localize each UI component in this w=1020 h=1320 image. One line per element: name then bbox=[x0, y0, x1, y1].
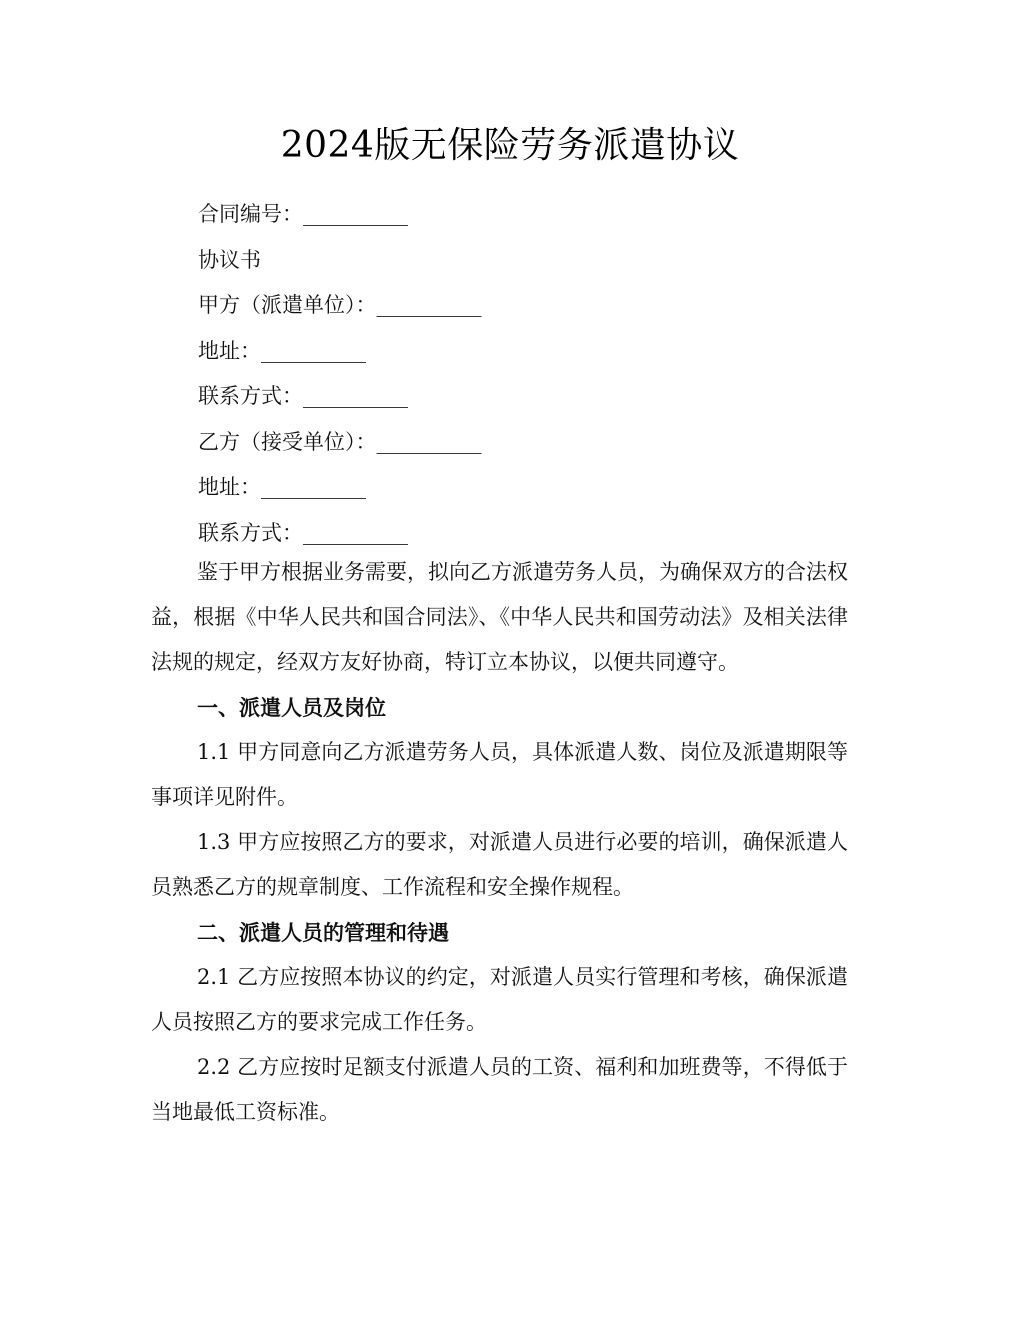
field-party-b-address: 地址：__________ bbox=[198, 465, 482, 511]
field-label: 协议书 bbox=[198, 248, 261, 272]
field-label: 乙方（接受单位）： bbox=[198, 430, 377, 454]
field-label: 地址： bbox=[198, 475, 261, 499]
document-title: 2024版无保险劳务派遣协议 bbox=[0, 124, 1020, 168]
clause-2-1: 2.1 乙方应按照本协议的约定，对派遣人员实行管理和考核，确保派遣人员按照乙方的… bbox=[151, 955, 848, 1045]
preamble-paragraph: 鉴于甲方根据业务需要，拟向乙方派遣劳务人员，为确保双方的合法权益，根据《中华人民… bbox=[151, 550, 848, 685]
field-blank: __________ bbox=[261, 475, 366, 499]
field-label: 联系方式： bbox=[198, 384, 303, 408]
field-blank: __________ bbox=[377, 430, 482, 454]
field-agreement: 协议书 bbox=[198, 238, 482, 284]
field-blank: __________ bbox=[303, 521, 408, 545]
field-party-a: 甲方（派遣单位）：__________ bbox=[198, 283, 482, 329]
field-label: 合同编号： bbox=[198, 202, 303, 226]
field-label: 地址： bbox=[198, 339, 261, 363]
field-blank: __________ bbox=[261, 339, 366, 363]
field-blank: __________ bbox=[303, 202, 408, 226]
clause-2-2: 2.2 乙方应按时足额支付派遣人员的工资、福利和加班费等，不得低于当地最低工资标… bbox=[151, 1045, 848, 1135]
section-heading-2: 二、派遣人员的管理和待遇 bbox=[151, 910, 848, 955]
document-body: 鉴于甲方根据业务需要，拟向乙方派遣劳务人员，为确保双方的合法权益，根据《中华人民… bbox=[151, 550, 848, 1135]
contract-fields: 合同编号：__________ 协议书 甲方（派遣单位）：__________ … bbox=[198, 192, 482, 556]
clause-1-3: 1.3 甲方应按照乙方的要求，对派遣人员进行必要的培训，确保派遣人员熟悉乙方的规… bbox=[151, 820, 848, 910]
field-label: 甲方（派遣单位）： bbox=[198, 293, 377, 317]
field-contract-number: 合同编号：__________ bbox=[198, 192, 482, 238]
clause-1-1: 1.1 甲方同意向乙方派遣劳务人员，具体派遣人数、岗位及派遣期限等事项详见附件。 bbox=[151, 730, 848, 820]
field-label: 联系方式： bbox=[198, 521, 303, 545]
field-party-b: 乙方（接受单位）：__________ bbox=[198, 420, 482, 466]
field-party-a-contact: 联系方式：__________ bbox=[198, 374, 482, 420]
field-party-a-address: 地址：__________ bbox=[198, 329, 482, 375]
field-blank: __________ bbox=[303, 384, 408, 408]
field-blank: __________ bbox=[377, 293, 482, 317]
section-heading-1: 一、派遣人员及岗位 bbox=[151, 685, 848, 730]
